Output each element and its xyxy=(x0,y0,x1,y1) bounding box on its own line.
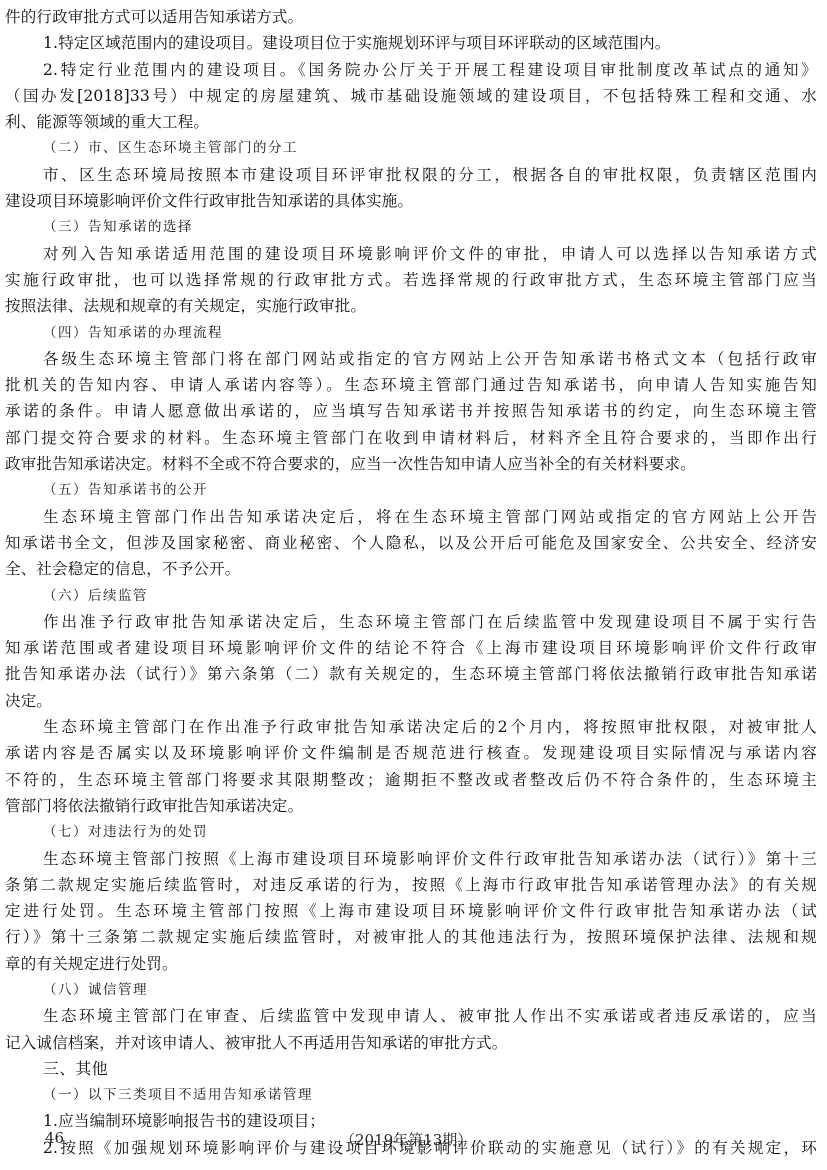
body-text-line: 知承诺书全文，但涉及国家秘密、商业秘密、个人隐私，以及公开后可能危及国家安全、公… xyxy=(5,530,817,556)
body-text-line: 决定。 xyxy=(5,688,817,714)
body-text-line: 件的行政审批方式可以适用告知承诺方式。 xyxy=(5,4,817,30)
body-text-line: 部门提交符合要求的材料。生态环境主管部门在收到申请材料后，材料齐全且符合要求的，… xyxy=(5,425,817,451)
body-text-line: 作出准予行政审批告知承诺决定后，生态环境主管部门在后续监管中发现建设项目不属于实… xyxy=(5,609,817,635)
section-heading-process: （四）告知承诺的办理流程 xyxy=(5,320,817,346)
page-number: 46 xyxy=(45,1129,64,1147)
list-item-special-region: 1.特定区域范围内的建设项目。建设项目位于实施规划环评与项目环评联动的区域范围内… xyxy=(5,30,817,56)
body-text-line: 生态环境主管部门按照《上海市建设项目环境影响评价文件行政审批告知承诺办法（试行）… xyxy=(5,846,817,872)
body-text-line: 批机关的告知内容、申请人承诺内容等）。生态环境主管部门通过告知承诺书，向申请人告… xyxy=(5,372,817,398)
page-footer: 46 （2019年第13期） xyxy=(0,1129,827,1151)
body-text-line: 行）》第十三条第二款规定实施后续监管时，对被审批人的其他违法行为，按照环境保护法… xyxy=(5,924,817,950)
body-text-line: 生态环境主管部门作出告知承诺决定后，将在生态环境主管部门网站或指定的官方网站上公… xyxy=(5,504,817,530)
body-text-line: 不符的，生态环境主管部门将要求其限期整改；逾期拒不整改或者整改后仍不符合条件的，… xyxy=(5,767,817,793)
body-text-line: 记入诚信档案，并对该申请人、被审批人不再适用告知承诺的审批方式。 xyxy=(5,1030,817,1056)
section-title-other: 三、其他 xyxy=(5,1056,817,1082)
body-text-line: 利、能源等领域的重大工程。 xyxy=(5,109,817,135)
body-text-line: 按照法律、法规和规章的有关规定，实施行政审批。 xyxy=(5,293,817,319)
body-text-line: 各级生态环境主管部门将在部门网站或指定的官方网站上公开告知承诺书格式文本（包括行… xyxy=(5,346,817,372)
body-text-line: 管部门将依法撤销行政审批告知承诺决定。 xyxy=(5,793,817,819)
body-text-line: 条第二款规定实施后续监管时，对违反承诺的行为，按照《上海市行政审批告知承诺管理办… xyxy=(5,872,817,898)
document-page: 件的行政审批方式可以适用告知承诺方式。 1.特定区域范围内的建设项目。建设项目位… xyxy=(5,4,817,1161)
body-text-line: 实施行政审批，也可以选择常规的行政审批方式。若选择常规的行政审批方式，生态环境主… xyxy=(5,267,817,293)
section-heading-supervision: （六）后续监管 xyxy=(5,583,817,609)
section-heading-choice: （三）告知承诺的选择 xyxy=(5,214,817,240)
body-text-line: 知承诺范围或者建设项目环境影响评价文件的结论不符合《上海市建设项目环境影响评价文… xyxy=(5,635,817,661)
body-text-line: 对列入告知承诺适用范围的建设项目环境影响评价文件的审批，申请人可以选择以告知承诺… xyxy=(5,241,817,267)
body-text-line: 全、社会稳定的信息，不予公开。 xyxy=(5,556,817,582)
body-text-line: 章的有关规定进行处罚。 xyxy=(5,951,817,977)
body-text-line: 批告知承诺办法（试行）》第六条第（二）款有关规定的，生态环境主管部门将依法撤销行… xyxy=(5,661,817,687)
section-heading-credit: （八）诚信管理 xyxy=(5,977,817,1003)
issue-label: （2019年第13期） xyxy=(340,1129,472,1150)
body-text-line: 定进行处罚。生态环境主管部门按照《上海市建设项目环境影响评价文件行政审批告知承诺… xyxy=(5,898,817,924)
list-item-special-industry: 2.特定行业范围内的建设项目。《国务院办公厅关于开展工程建设项目审批制度改革试点… xyxy=(5,57,817,83)
body-text-line: 建设项目环境影响评价文件行政审批告知承诺的具体实施。 xyxy=(5,188,817,214)
body-text-line: 政审批告知承诺决定。材料不全或不符合要求的，应当一次性告知申请人应当补全的有关材… xyxy=(5,451,817,477)
section-heading-exclusions: （一）以下三类项目不适用告知承诺管理 xyxy=(5,1082,817,1108)
body-text-line: 市、区生态环境局按照本市建设项目环评审批权限的分工，根据各自的审批权限，负责辖区… xyxy=(5,162,817,188)
body-text-line: 承诺的条件。申请人愿意做出承诺的，应当填写告知承诺书并按照告知承诺书的约定，向生… xyxy=(5,398,817,424)
body-text-line: （国办发[2018]33号）中规定的房屋建筑、城市基础设施领域的建设项目，不包括… xyxy=(5,83,817,109)
section-heading-disclosure: （五）告知承诺书的公开 xyxy=(5,477,817,503)
section-heading-division: （二）市、区生态环境主管部门的分工 xyxy=(5,135,817,161)
body-text-line: 生态环境主管部门在审查、后续监管中发现申请人、被审批人作出不实承诺或者违反承诺的… xyxy=(5,1003,817,1029)
body-text-line: 生态环境主管部门在作出准予行政审批告知承诺决定后的2个月内，将按照审批权限，对被… xyxy=(5,714,817,740)
body-text-line: 承诺内容是否属实以及环境影响评价文件编制是否规范进行核查。发现建设项目实际情况与… xyxy=(5,740,817,766)
section-heading-penalty: （七）对违法行为的处罚 xyxy=(5,819,817,845)
